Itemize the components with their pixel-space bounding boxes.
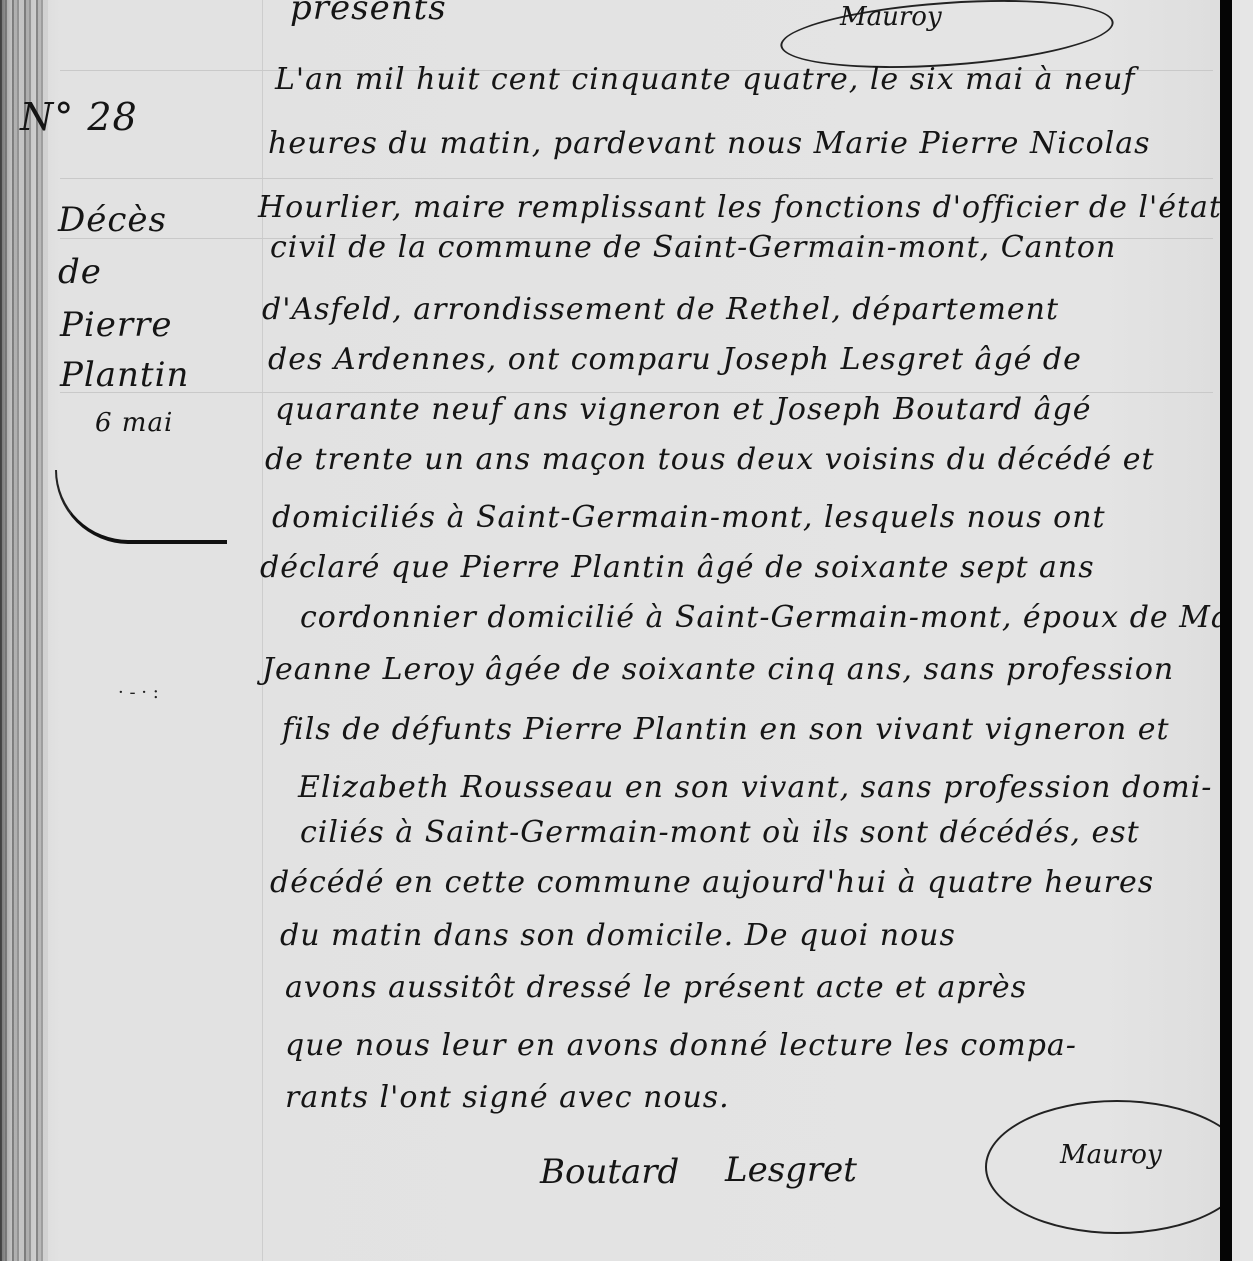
body-line: d'Asfeld, arrondissement de Rethel, dépa… xyxy=(262,292,1059,327)
body-line: heures du matin, pardevant nous Marie Pi… xyxy=(268,126,1151,161)
body-line: avons aussitôt dressé le présent acte et… xyxy=(285,970,1027,1005)
body-line: de trente un ans maçon tous deux voisins… xyxy=(265,442,1155,477)
next-page-strip xyxy=(1232,0,1253,1261)
previous-entry-fragment: présents xyxy=(290,0,447,28)
body-line: décédé en cette commune aujourd'hui à qu… xyxy=(270,865,1154,900)
margin-flourish xyxy=(55,470,227,544)
signature-mayor: Mauroy xyxy=(1060,1140,1162,1170)
body-line: L'an mil huit cent cinquante quatre, le … xyxy=(275,62,1136,97)
body-line: Hourlier, maire remplissant les fonction… xyxy=(258,190,1222,225)
margin-title-deces: Décès xyxy=(58,200,167,240)
body-line: civil de la commune de Saint-Germain-mon… xyxy=(270,230,1116,265)
body-line: Elizabeth Rousseau en son vivant, sans p… xyxy=(298,770,1212,805)
margin-name-last: Plantin xyxy=(60,355,189,395)
body-line: Jeanne Leroy âgée de soixante cinq ans, … xyxy=(262,652,1174,687)
scanned-register-page: présents Mauroy N° 28 Décès de Pierre Pl… xyxy=(0,0,1253,1261)
ruled-line xyxy=(60,178,1213,179)
body-line: du matin dans son domicile. De quoi nous xyxy=(280,918,956,953)
entry-number: N° 28 xyxy=(20,95,138,139)
body-line: ciliés à Saint-Germain-mont où ils sont … xyxy=(300,815,1140,850)
signature-boutard: Boutard xyxy=(540,1152,679,1192)
body-line: cordonnier domicilié à Saint-Germain-mon… xyxy=(300,600,1253,635)
body-line: fils de défunts Pierre Plantin en son vi… xyxy=(282,712,1170,747)
body-line: quarante neuf ans vigneron et Joseph Bou… xyxy=(275,392,1092,427)
body-line: déclaré que Pierre Plantin âgé de soixan… xyxy=(260,550,1095,585)
margin-title-de: de xyxy=(58,252,102,292)
margin-date: 6 mai xyxy=(95,408,173,438)
body-line: que nous leur en avons donné lecture les… xyxy=(285,1028,1077,1063)
body-line: domiciliés à Saint-Germain-mont, lesquel… xyxy=(272,500,1106,535)
book-binding xyxy=(0,0,48,1261)
ink-specks: · - · : xyxy=(118,682,159,703)
margin-name-first: Pierre xyxy=(60,305,173,345)
mayor-signature-top: Mauroy xyxy=(840,2,942,32)
body-line: des Ardennes, ont comparu Joseph Lesgret… xyxy=(268,342,1082,377)
signature-lesgret: Lesgret xyxy=(725,1150,857,1190)
page-edge-shadow xyxy=(1220,0,1232,1261)
body-line: rants l'ont signé avec nous. xyxy=(285,1080,730,1115)
